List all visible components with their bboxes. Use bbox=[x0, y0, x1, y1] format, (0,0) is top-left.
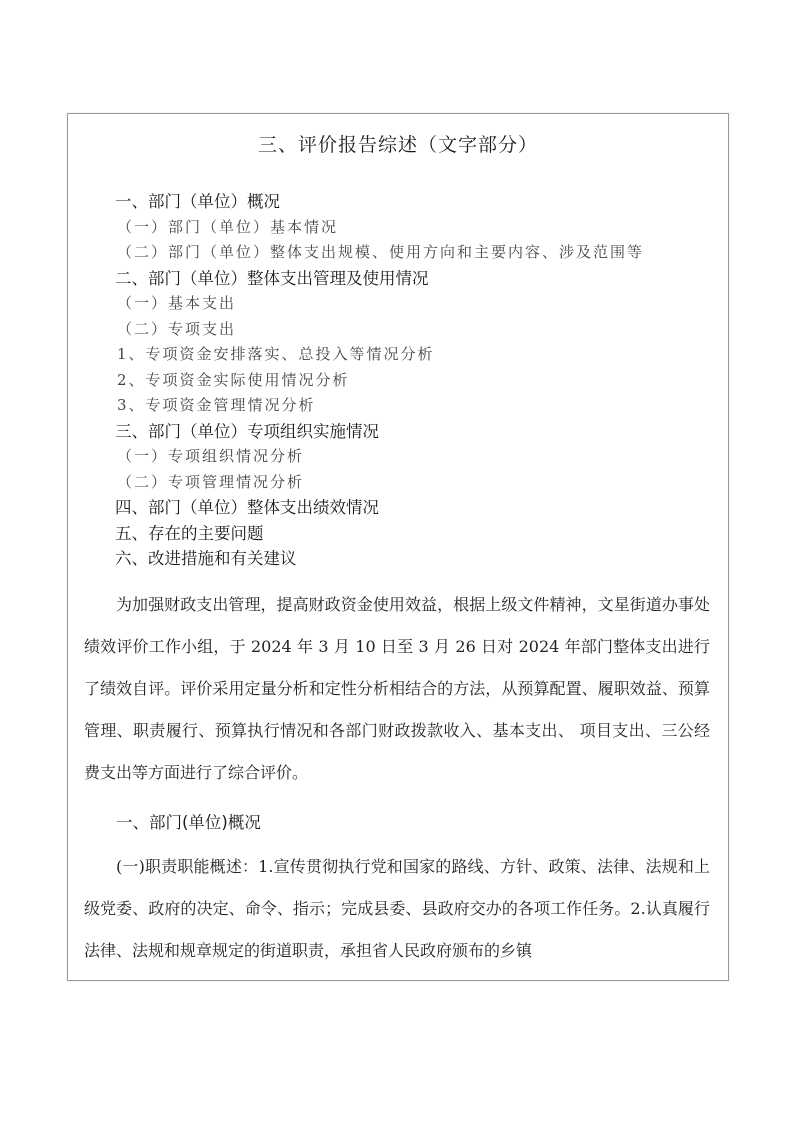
outline-subheading: （一）专项组织情况分析 bbox=[115, 444, 644, 470]
outline-subheading: （一）部门（单位）基本情况 bbox=[115, 215, 644, 241]
report-body: 为加强财政支出管理，提高财政资金使用效益，根据上级文件精神，文星街道办事处绩效评… bbox=[84, 584, 710, 972]
outline-heading: 五、存在的主要问题 bbox=[115, 521, 644, 547]
outline: 一、部门（单位）概况（一）部门（单位）基本情况（二）部门（单位）整体支出规模、使… bbox=[115, 189, 644, 572]
page-title: 三、评价报告综述（文字部分） bbox=[68, 130, 728, 157]
outline-subheading: 3、专项资金管理情况分析 bbox=[115, 393, 644, 419]
outline-subheading: （二）专项支出 bbox=[115, 317, 644, 343]
report-frame: 三、评价报告综述（文字部分） 一、部门（单位）概况（一）部门（单位）基本情况（二… bbox=[67, 113, 729, 981]
outline-subheading: （二）部门（单位）整体支出规模、使用方向和主要内容、涉及范围等 bbox=[115, 240, 644, 266]
outline-subheading: 1、专项资金安排落实、总投入等情况分析 bbox=[115, 342, 644, 368]
outline-heading: 二、部门（单位）整体支出管理及使用情况 bbox=[115, 266, 644, 292]
outline-heading: 三、部门（单位）专项组织实施情况 bbox=[115, 419, 644, 445]
outline-heading: 一、部门（单位）概况 bbox=[115, 189, 644, 215]
intro-paragraph: 为加强财政支出管理，提高财政资金使用效益，根据上级文件精神，文星街道办事处绩效评… bbox=[84, 584, 710, 794]
outline-subheading: （二）专项管理情况分析 bbox=[115, 470, 644, 496]
outline-heading: 六、改进措施和有关建议 bbox=[115, 546, 644, 572]
outline-subheading: （一）基本支出 bbox=[115, 291, 644, 317]
outline-heading: 四、部门（单位）整体支出绩效情况 bbox=[115, 495, 644, 521]
section-paragraph: (一)职责职能概述：1.宣传贯彻执行党和国家的路线、方针、政策、法律、法规和上级… bbox=[84, 846, 710, 972]
outline-subheading: 2、专项资金实际使用情况分析 bbox=[115, 368, 644, 394]
section-heading: 一、部门(单位)概况 bbox=[84, 802, 710, 844]
